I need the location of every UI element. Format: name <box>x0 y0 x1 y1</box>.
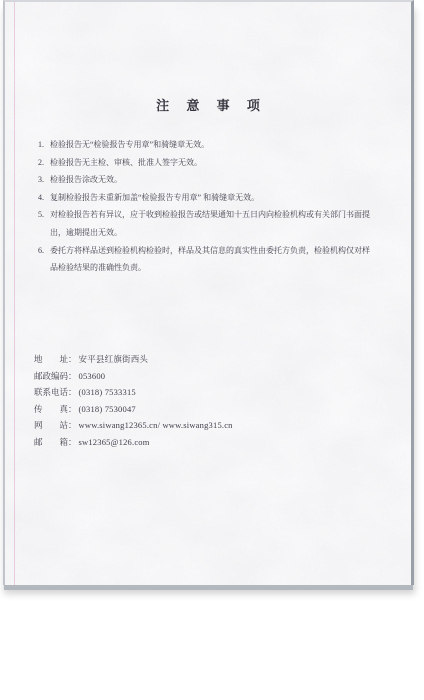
contact-value-website: www.siwang12365.cn/ www.siwang315.cn <box>79 420 233 430</box>
contact-value-email: sw12365@126.com <box>79 437 150 447</box>
contact-value-postal-code: 053600 <box>79 371 106 381</box>
note-number: 4. <box>38 189 50 207</box>
contact-block: 地 址：安平县红旗街西头 邮政编码：053600 联系电话：(0318) 753… <box>34 351 233 451</box>
note-text: 检验报告涂改无效。 <box>50 171 370 189</box>
note-number: 6. <box>38 242 50 277</box>
note-item: 1. 检验报告无“检验报告专用章”和骑缝章无效。 <box>38 136 370 154</box>
note-number: 3. <box>38 171 50 189</box>
contact-value-fax: (0318) 7530047 <box>79 404 136 414</box>
contact-label: 网 站： <box>34 417 77 434</box>
note-number: 5. <box>38 206 50 241</box>
scanned-document-page: 注 意 事 项 1. 检验报告无“检验报告专用章”和骑缝章无效。 2. 检验报告… <box>3 0 414 585</box>
note-text: 检验报告无主检、审核、批准人签字无效。 <box>50 154 370 172</box>
margin-line <box>14 2 15 585</box>
note-text: 对检验报告若有异议，应于收到检验报告或结果通知十五日内向检验机构或有关部门书面提… <box>50 206 370 241</box>
note-item: 5. 对检验报告若有异议，应于收到检验报告或结果通知十五日内向检验机构或有关部门… <box>38 206 370 241</box>
contact-label: 传 真： <box>34 401 77 418</box>
contact-row-address: 地 址：安平县红旗街西头 <box>34 351 233 368</box>
contact-label: 联系电话： <box>34 384 77 401</box>
contact-label: 邮 箱： <box>34 434 77 451</box>
note-item: 6. 委托方将样品送到检验机构检验时，样品及其信息的真实性由委托方负责，检验机构… <box>38 242 370 277</box>
contact-row-email: 邮 箱：sw12365@126.com <box>34 434 233 451</box>
note-item: 2. 检验报告无主检、审核、批准人签字无效。 <box>38 154 370 172</box>
note-number: 2. <box>38 154 50 172</box>
note-text: 复制检验报告未重新加盖“检验报告专用章” 和骑缝章无效。 <box>50 189 370 207</box>
contact-row-phone: 联系电话：(0318) 7533315 <box>34 384 233 401</box>
paper-texture <box>5 2 411 585</box>
contact-row-fax: 传 真：(0318) 7530047 <box>34 401 233 418</box>
contact-row-postal-code: 邮政编码：053600 <box>34 368 233 385</box>
note-item: 3. 检验报告涂改无效。 <box>38 171 370 189</box>
contact-label: 地 址： <box>34 351 77 368</box>
contact-value-address: 安平县红旗街西头 <box>79 354 149 364</box>
note-text: 委托方将样品送到检验机构检验时，样品及其信息的真实性由委托方负责，检验机构仅对样… <box>50 242 370 277</box>
contact-row-website: 网 站：www.siwang12365.cn/ www.siwang315.cn <box>34 417 233 434</box>
note-number: 1. <box>38 136 50 154</box>
contact-value-phone: (0318) 7533315 <box>79 387 136 397</box>
page-title: 注 意 事 项 <box>5 95 411 114</box>
note-text: 检验报告无“检验报告专用章”和骑缝章无效。 <box>50 136 370 154</box>
screenshot-canvas: { "document": { "title": "注 意 事 项", "not… <box>0 0 424 700</box>
note-item: 4. 复制检验报告未重新加盖“检验报告专用章” 和骑缝章无效。 <box>38 189 370 207</box>
notes-list: 1. 检验报告无“检验报告专用章”和骑缝章无效。 2. 检验报告无主检、审核、批… <box>38 136 370 277</box>
contact-label: 邮政编码： <box>34 368 77 385</box>
